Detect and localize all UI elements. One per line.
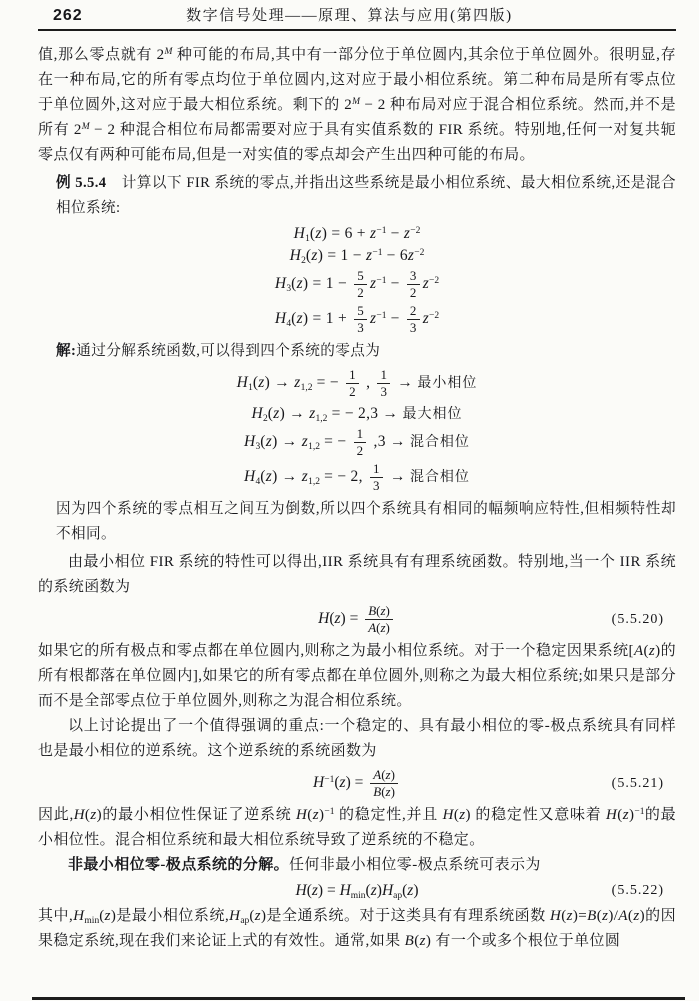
- text-run: ) →: [272, 433, 302, 450]
- text-run: 值,那么零点就有 2: [38, 47, 165, 63]
- text-run: ) →: [265, 374, 295, 391]
- subscript: 1,2: [308, 442, 320, 452]
- superscript: −1: [324, 807, 334, 817]
- fraction-denominator: 3: [407, 320, 420, 335]
- fraction-numerator: 5: [354, 269, 367, 285]
- page-header: 262 数字信号处理——原理、算法与应用(第四版): [38, 0, 676, 26]
- equation: H(z) = Hmin(z)Hap(z): [295, 882, 418, 899]
- numbered-equation-row: H(z) = B(z)A(z)(5.5.20): [38, 604, 676, 635]
- equation-number: (5.5.20): [612, 612, 664, 628]
- math-variable: H: [74, 807, 85, 823]
- fraction: 12: [354, 427, 367, 458]
- text-run: ) =: [346, 774, 368, 791]
- fraction-denominator: 3: [354, 320, 367, 335]
- superscript: −1: [376, 311, 386, 321]
- numbered-equation-row: H−1(z) = A(z)B(z)(5.5.21): [38, 768, 676, 799]
- equation-group: H1(z) = 6 + z−1 − z−2H2(z) = 1 − z−1 − 6…: [38, 225, 676, 335]
- bold-text: 解:: [56, 343, 76, 359]
- subscript: ap: [240, 916, 249, 926]
- fraction-numerator: 1: [354, 427, 367, 443]
- subscript: 1,2: [301, 383, 313, 393]
- textbook-page: 262 数字信号处理——原理、算法与应用(第四版) 值,那么零点就有 2M 种可…: [0, 0, 699, 954]
- fraction-numerator: 5: [354, 304, 367, 320]
- fraction-denominator: 3: [377, 384, 390, 399]
- equation: H3(z) = 1 − 52z−1 − 32z−2: [38, 269, 676, 300]
- fraction-numerator: 1: [370, 462, 383, 478]
- fraction-denominator: 2: [354, 285, 367, 300]
- superscript: −2: [429, 311, 439, 321]
- text-run: ): [386, 603, 390, 618]
- superscript: −2: [410, 226, 420, 236]
- text-run: )是全通系统。对于这类具有有理系统函数: [261, 908, 550, 924]
- page-content: 值,那么零点就有 2M 种可能的布局,其中有一部分位于单位圆内,其余位于单位圆外…: [38, 43, 676, 954]
- superscript: M: [82, 122, 90, 132]
- fraction: 23: [407, 304, 420, 335]
- fraction: 13: [370, 462, 383, 493]
- fraction-denominator: 3: [370, 478, 383, 493]
- kaiti-text: 因为四个系统的零点相互之间互为倒数,所以四个系统具有相同的幅频响应特性,但相频特…: [56, 501, 676, 542]
- math-variable: H: [275, 310, 287, 327]
- text-run: 以上讨论提出了一个值得强调的重点:一个稳定的、具有最小相位的零-极点系统具有同样…: [38, 718, 676, 759]
- math-variable: A: [634, 643, 644, 659]
- fraction-denominator: 2: [354, 443, 367, 458]
- text-run: ): [391, 784, 395, 799]
- text-run: −: [386, 225, 403, 242]
- math-variable: H: [443, 807, 454, 823]
- equation: H1(z) → z1,2 = − 12 , 13 → 最小相位: [38, 368, 676, 399]
- math-variable: B: [587, 908, 597, 924]
- paragraph: 以上讨论提出了一个值得强调的重点:一个稳定的、具有最小相位的零-极点系统具有同样…: [38, 714, 676, 764]
- page-bottom-scan-edge: [32, 997, 685, 1000]
- text-run: ) = 1 −: [318, 247, 366, 264]
- superscript: −1: [376, 226, 386, 236]
- fraction: A(z)B(z): [370, 768, 398, 799]
- text-run: ) →: [272, 468, 302, 485]
- superscript: −1: [376, 276, 386, 286]
- text-run: )=: [573, 908, 587, 924]
- text-run: −: [386, 275, 403, 292]
- paragraph: 其中,Hmin(z)是最小相位系统,Hap(z)是全通系统。对于这类具有有理系统…: [38, 904, 676, 954]
- text-run: = −: [312, 374, 343, 391]
- kaiti-text: 最大相位: [402, 407, 462, 422]
- equation: H(z) = B(z)A(z): [318, 610, 396, 627]
- math-variable: H: [340, 882, 351, 899]
- math-variable: A: [368, 620, 376, 635]
- math-variable: H: [382, 882, 393, 899]
- math-variable: H: [550, 908, 561, 924]
- fraction: 12: [346, 368, 359, 399]
- paragraph: 解:通过分解系统函数,可以得到四个系统的零点为: [56, 339, 676, 364]
- subscript: 1,2: [308, 477, 320, 487]
- text-run: − 6: [382, 247, 407, 264]
- math-variable: H: [244, 468, 256, 485]
- subscript: min: [84, 916, 99, 926]
- math-variable: H: [237, 374, 249, 391]
- text-run: −: [386, 310, 403, 327]
- text-run: ) →: [280, 405, 310, 422]
- page-number: 262: [53, 7, 83, 25]
- superscript: −1: [324, 775, 334, 785]
- math-variable: B: [405, 933, 415, 949]
- math-variable: H: [290, 247, 302, 264]
- kaiti-text: 计算以下 FIR 系统的零点,并指出这些系统是最小相位系统、最大相位系统,还是混…: [56, 175, 676, 216]
- superscript: −2: [429, 276, 439, 286]
- text-run: = − 2,: [320, 468, 367, 485]
- equation-number: (5.5.21): [612, 776, 664, 792]
- fraction-numerator: A(z): [370, 768, 398, 784]
- superscript: −1: [372, 248, 382, 258]
- kaiti-text: 混合相位: [410, 435, 470, 450]
- equation: H1(z) = 6 + z−1 − z−2: [38, 225, 676, 243]
- bold-text: 非最小相位零-极点系统的分解。: [68, 857, 289, 873]
- equation: H4(z) = 1 + 53z−1 − 23z−2: [38, 304, 676, 335]
- equation: H2(z) = 1 − z−1 − 6z−2: [38, 247, 676, 265]
- text-run: ) 有一个或多个根位于单位圆: [426, 933, 620, 949]
- text-run: 由最小相位 FIR 系统的特性可以得出,IIR 系统具有有理系统函数。特别地,当…: [38, 554, 676, 595]
- math-variable: H: [606, 807, 617, 823]
- fraction-numerator: 1: [346, 368, 359, 384]
- text-run: ) = 1 −: [303, 275, 351, 292]
- math-variable: H: [275, 275, 287, 292]
- text-run: ): [391, 767, 395, 782]
- fraction-denominator: B(z): [370, 784, 398, 799]
- superscript: −2: [414, 248, 424, 258]
- fraction-denominator: 2: [407, 285, 420, 300]
- math-variable: H: [252, 405, 264, 422]
- equation-number: (5.5.22): [612, 883, 664, 899]
- text-run: ) = 1 +: [303, 310, 351, 327]
- text-run: ,: [362, 374, 375, 391]
- text-run: →: [386, 468, 410, 485]
- text-run: →: [393, 374, 417, 391]
- text-run: ) = 6 +: [322, 225, 370, 242]
- math-variable: H: [313, 774, 324, 791]
- math-variable: A: [373, 767, 381, 782]
- text-run: ) 的稳定性又意味着: [465, 807, 606, 823]
- paragraph: 如果它的所有极点和零点都在单位圆内,则称之为最小相位系统。对于一个稳定因果系统[…: [38, 639, 676, 714]
- paragraph: 因此,H(z)的最小相位性保证了逆系统 H(z)−1 的稳定性,并且 H(z) …: [38, 803, 676, 853]
- text-run: 的稳定性,并且: [334, 807, 442, 823]
- numbered-equation-row: H(z) = Hmin(z)Hap(z)(5.5.22): [38, 882, 676, 900]
- equation: H3(z) → z1,2 = − 12 ,3 → 混合相位: [38, 427, 676, 458]
- superscript: M: [352, 97, 360, 107]
- text-run: 因此,: [38, 807, 74, 823]
- equation-group: H1(z) → z1,2 = − 12 , 13 → 最小相位H2(z) → z…: [38, 368, 676, 493]
- kaiti-text: 最小相位: [417, 376, 477, 391]
- fraction-numerator: 2: [407, 304, 420, 320]
- math-variable: H: [318, 610, 329, 627]
- paragraph: 由最小相位 FIR 系统的特性可以得出,IIR 系统具有有理系统函数。特别地,当…: [38, 550, 676, 600]
- text-run: = −: [320, 433, 351, 450]
- text-run: 任何非最小相位零-极点系统可表示为: [289, 857, 541, 873]
- book-title: 数字信号处理——原理、算法与应用(第四版): [83, 4, 676, 25]
- math-variable: H: [294, 225, 306, 242]
- superscript: −1: [634, 807, 644, 817]
- fraction: 53: [354, 304, 367, 335]
- equation: H−1(z) = A(z)B(z): [313, 774, 401, 791]
- fraction: B(z)A(z): [365, 604, 393, 635]
- equation: H4(z) → z1,2 = − 2, 13 → 混合相位: [38, 462, 676, 493]
- math-variable: H: [244, 433, 256, 450]
- kaiti-text: 通过分解系统函数,可以得到四个系统的零点为: [76, 343, 380, 359]
- kaiti-text: 混合相位: [410, 470, 470, 485]
- subscript: min: [351, 891, 366, 901]
- text-run: )/: [608, 908, 618, 924]
- bold-text: 例 5.5.4: [56, 175, 122, 191]
- text-run: ,3 →: [369, 433, 410, 450]
- paragraph: 例 5.5.4 计算以下 FIR 系统的零点,并指出这些系统是最小相位系统、最大…: [56, 171, 676, 221]
- math-variable: B: [373, 784, 381, 799]
- text-run: ) =: [318, 882, 340, 899]
- math-variable: H: [73, 908, 84, 924]
- equation: H2(z) → z1,2 = − 2,3 → 最大相位: [38, 403, 676, 423]
- text-run: )是最小相位系统,: [111, 908, 229, 924]
- fraction-numerator: 3: [407, 269, 420, 285]
- subscript: 1,2: [316, 414, 328, 424]
- math-variable: H: [229, 908, 240, 924]
- text-run: ): [413, 882, 418, 899]
- math-variable: B: [368, 603, 376, 618]
- fraction: 13: [377, 368, 390, 399]
- fraction-denominator: A(z): [365, 620, 393, 635]
- paragraph: 非最小相位零-极点系统的分解。任何非最小相位零-极点系统可表示为: [38, 853, 676, 878]
- text-run: ): [386, 620, 390, 635]
- text-run: = − 2,3 →: [327, 405, 402, 422]
- text-run: )的最小相位性保证了逆系统: [97, 807, 296, 823]
- text-run: − 2 种混合相位布局都需要对应于具有实值系数的 FIR 系统。特别地,任何一对…: [38, 122, 676, 163]
- fraction-numerator: 1: [377, 368, 390, 384]
- fraction: 32: [407, 269, 420, 300]
- math-variable: H: [296, 807, 307, 823]
- paragraph: 值,那么零点就有 2M 种可能的布局,其中有一部分位于单位圆内,其余位于单位圆外…: [38, 43, 676, 168]
- text-run: 如果它的所有极点和零点都在单位圆内,则称之为最小相位系统。对于一个稳定因果系统[: [38, 643, 634, 659]
- math-variable: H: [295, 882, 306, 899]
- subscript: ap: [393, 891, 402, 901]
- text-run: 其中,: [38, 908, 73, 924]
- fraction: 52: [354, 269, 367, 300]
- paragraph: 因为四个系统的零点相互之间互为倒数,所以四个系统具有相同的幅频响应特性,但相频特…: [56, 497, 676, 547]
- text-run: ) =: [341, 610, 363, 627]
- header-rule: [38, 29, 676, 31]
- fraction-numerator: B(z): [365, 604, 393, 620]
- math-variable: A: [618, 908, 628, 924]
- fraction-denominator: 2: [346, 384, 359, 399]
